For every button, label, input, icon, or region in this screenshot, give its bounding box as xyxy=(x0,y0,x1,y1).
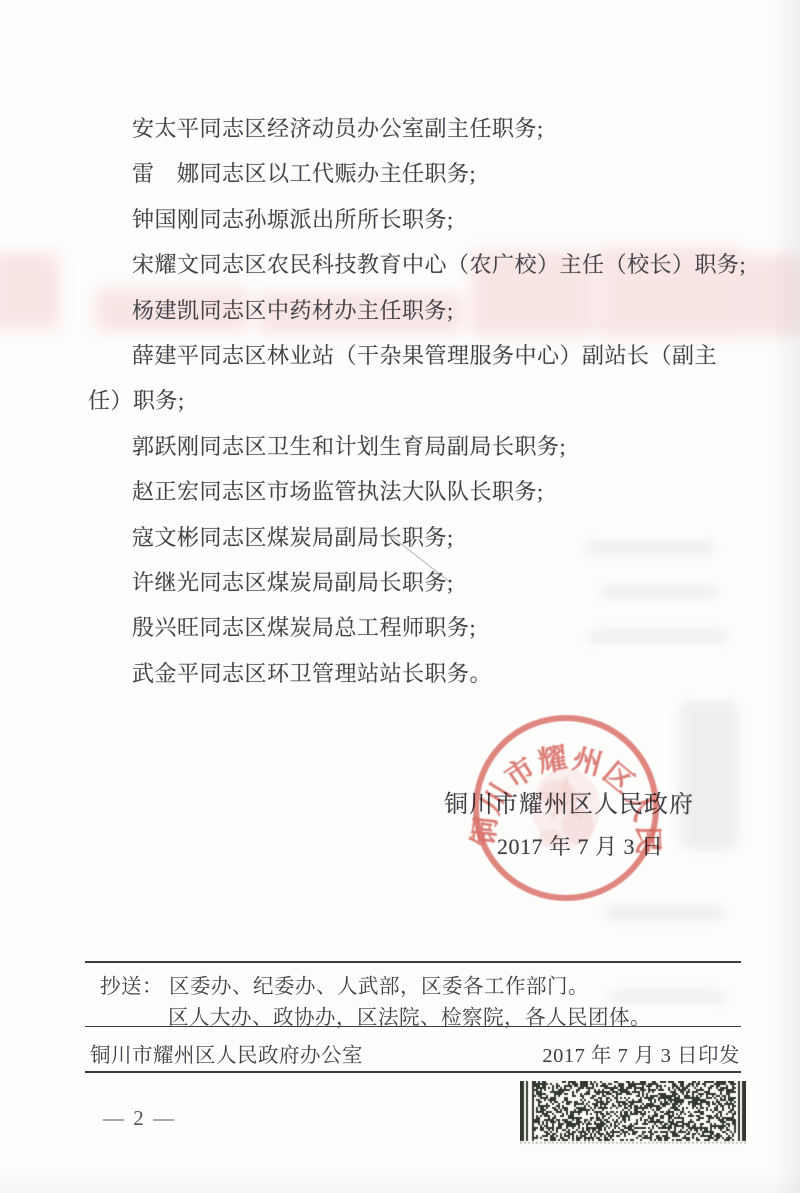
ink-bleed-artifact xyxy=(0,252,60,330)
cc-list-line1: 区委办、纪委办、人武部，区委各工作部门。 xyxy=(169,976,589,998)
body-line: 薛建平同志区林业站（干杂果管理服务中心）副站长（副主 xyxy=(88,333,748,378)
print-date: 2017 年 7 月 3 日印发 xyxy=(542,1038,740,1068)
footer-divider-bottom xyxy=(85,1071,741,1073)
body-line: 许继光同志区煤炭局副局长职务; xyxy=(88,560,748,605)
ink-bleed-artifact xyxy=(680,700,738,850)
body-line: 安太平同志区经济动员办公室副主任职务; xyxy=(88,106,748,151)
body-line: 殷兴旺同志区煤炭局总工程师职务; xyxy=(88,605,748,650)
cc-label: 抄送： xyxy=(100,976,163,998)
body-line: 郭跃刚同志区卫生和计划生育局副局长职务; xyxy=(88,424,748,469)
cc-row: 抄送：区委办、纪委办、人武部，区委各工作部门。 xyxy=(100,969,589,999)
footer-divider-top xyxy=(85,961,741,963)
signature-date: 2017 年 7 月 3 日 xyxy=(497,830,664,861)
issuing-office: 铜川市耀州区人民政府办公室 xyxy=(90,1038,363,1068)
page-number: — 2 — xyxy=(103,1106,176,1131)
body-line: 雷 娜同志区以工代赈办主任职务; xyxy=(88,151,748,196)
signature-issuer: 铜川市耀州区人民政府 xyxy=(444,784,694,819)
footer-divider-middle xyxy=(85,1026,741,1027)
ink-bleed-artifact xyxy=(742,254,800,336)
document-page: 安太平同志区经济动员办公室副主任职务; 雷 娜同志区以工代赈办主任职务; 钟国刚… xyxy=(0,0,800,1193)
body-line: 杨建凯同志区中药材办主任职务; xyxy=(88,288,748,333)
body-line: 赵正宏同志区市场监管执法大队队长职务; xyxy=(88,469,748,514)
ink-bleed-artifact xyxy=(605,905,725,921)
document-body: 安太平同志区经济动员办公室副主任职务; 雷 娜同志区以工代赈办主任职务; 钟国刚… xyxy=(88,106,748,696)
body-line: 钟国刚同志孙塬派出所所长职务; xyxy=(88,197,748,242)
barcode xyxy=(520,1081,746,1145)
body-line: 武金平同志区环卫管理站站长职务。 xyxy=(88,651,748,696)
body-line: 宋耀文同志区农民科技教育中心（农广校）主任（校长）职务; xyxy=(88,242,748,287)
body-line-wrap-continuation: 任）职务; xyxy=(88,378,748,423)
body-line: 寇文彬同志区煤炭局副局长职务; xyxy=(88,515,748,560)
